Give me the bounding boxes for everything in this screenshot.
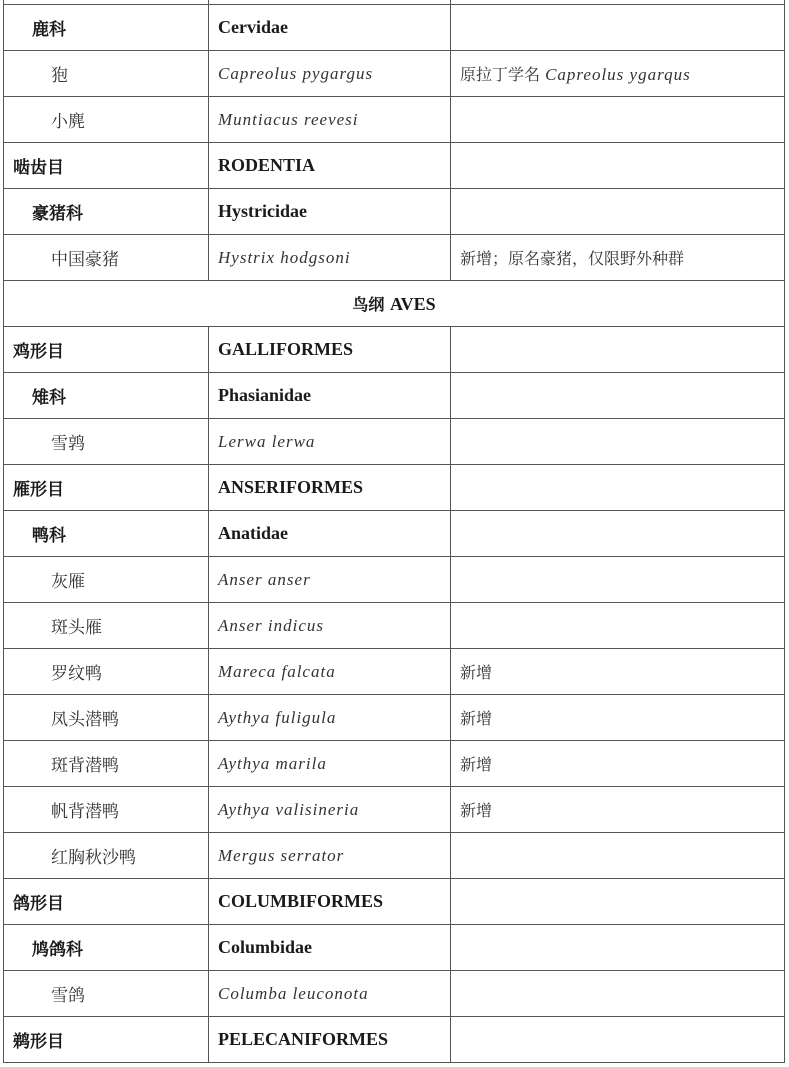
note-latin-name: Capreolus ygarqus — [545, 65, 691, 84]
note-cell — [451, 143, 785, 189]
chinese-name-cell: 帆背潜鸭 — [4, 787, 209, 833]
chinese-name-cell: 狍 — [4, 51, 209, 97]
scientific-name-cell: PELECANIFORMES — [209, 1017, 451, 1063]
table-row-order: 鸡形目 GALLIFORMES — [4, 327, 785, 373]
note-cell — [451, 97, 785, 143]
chinese-name-cell: 斑头雁 — [4, 603, 209, 649]
scientific-name-cell: Anatidae — [209, 511, 451, 557]
note-cell: 新增 — [451, 649, 785, 695]
scientific-name-cell: Aythya fuligula — [209, 695, 451, 741]
class-name-cn: 鸟纲 — [352, 295, 390, 314]
note-cell — [451, 189, 785, 235]
note-cell: 新增 — [451, 695, 785, 741]
chinese-name-cell: 雁形目 — [4, 465, 209, 511]
table-row-species: 斑背潜鸭 Aythya marila 新增 — [4, 741, 785, 787]
scientific-name-cell: Cervidae — [209, 5, 451, 51]
note-cell — [451, 971, 785, 1017]
scientific-name-cell: Mergus serrator — [209, 833, 451, 879]
chinese-name-cell: 雪鹑 — [4, 419, 209, 465]
note-cell — [451, 557, 785, 603]
table-row-order: 雁形目 ANSERIFORMES — [4, 465, 785, 511]
scientific-name-cell: Aythya valisineria — [209, 787, 451, 833]
note-cell — [451, 925, 785, 971]
table-row-family: 鸭科 Anatidae — [4, 511, 785, 557]
chinese-name-cell: 鹿科 — [4, 5, 209, 51]
species-name-cn: 中国豪猪 — [4, 250, 119, 270]
table-row-species: 帆背潜鸭 Aythya valisineria 新增 — [4, 787, 785, 833]
species-name-cn: 红胸秋沙鸭 — [4, 848, 136, 868]
order-name-cn: 鸽形目 — [4, 894, 64, 914]
chinese-name-cell: 雪鸽 — [4, 971, 209, 1017]
note-cell — [451, 1017, 785, 1063]
note-cell — [451, 373, 785, 419]
chinese-name-cell: 小麂 — [4, 97, 209, 143]
note-cell: 新增 — [451, 741, 785, 787]
species-name-cn: 灰雁 — [4, 572, 85, 592]
table-row-species: 雪鸽 Columba leuconota — [4, 971, 785, 1017]
chinese-name-cell: 鸡形目 — [4, 327, 209, 373]
table-row-species: 红胸秋沙鸭 Mergus serrator — [4, 833, 785, 879]
table-row-species: 斑头雁 Anser indicus — [4, 603, 785, 649]
species-name-cn: 雪鸽 — [4, 986, 85, 1006]
table-row-family: 鹿科 Cervidae — [4, 5, 785, 51]
chinese-name-cell: 鸽形目 — [4, 879, 209, 925]
scientific-name-cell: Hystrix hodgsoni — [209, 235, 451, 281]
chinese-name-cell: 鸭科 — [4, 511, 209, 557]
note-cell: 新增 — [451, 787, 785, 833]
scientific-name-cell: Muntiacus reevesi — [209, 97, 451, 143]
note-cell — [451, 5, 785, 51]
note-text: 原拉丁学名 — [460, 65, 545, 84]
order-name-cn: 啮齿目 — [4, 158, 64, 178]
note-cell — [451, 465, 785, 511]
scientific-name-cell: Anser indicus — [209, 603, 451, 649]
chinese-name-cell: 红胸秋沙鸭 — [4, 833, 209, 879]
table-row-species: 凤头潜鸭 Aythya fuligula 新增 — [4, 695, 785, 741]
scientific-name-cell: RODENTIA — [209, 143, 451, 189]
species-list-table: 鹿科 Cervidae 狍 Capreolus pygargus 原拉丁学名 C… — [3, 0, 785, 1063]
note-cell — [451, 327, 785, 373]
species-name-cn: 凤头潜鸭 — [4, 710, 119, 730]
table-row-species: 灰雁 Anser anser — [4, 557, 785, 603]
scientific-name-cell: Aythya marila — [209, 741, 451, 787]
scientific-name-cell: Columba leuconota — [209, 971, 451, 1017]
chinese-name-cell: 啮齿目 — [4, 143, 209, 189]
chinese-name-cell: 斑背潜鸭 — [4, 741, 209, 787]
note-cell — [451, 419, 785, 465]
species-name-cn: 斑头雁 — [4, 618, 102, 638]
table-row-class: 鸟纲 AVES — [4, 281, 785, 327]
note-cell — [451, 879, 785, 925]
family-name-cn: 鸭科 — [4, 526, 66, 546]
table-row-family: 雉科 Phasianidae — [4, 373, 785, 419]
note-cell — [451, 603, 785, 649]
scientific-name-cell: Anser anser — [209, 557, 451, 603]
species-name-cn: 雪鹑 — [4, 434, 85, 454]
table-row-order: 鸽形目 COLUMBIFORMES — [4, 879, 785, 925]
scientific-name-cell: GALLIFORMES — [209, 327, 451, 373]
species-name-cn: 罗纹鸭 — [4, 664, 102, 684]
scientific-name-cell: COLUMBIFORMES — [209, 879, 451, 925]
table-row-family: 豪猪科 Hystricidae — [4, 189, 785, 235]
family-name-cn: 鹿科 — [4, 20, 66, 40]
note-cell: 新增；原名豪猪，仅限野外种群 — [451, 235, 785, 281]
family-name-cn: 豪猪科 — [4, 204, 83, 224]
note-cell — [451, 833, 785, 879]
table-row-species: 雪鹑 Lerwa lerwa — [4, 419, 785, 465]
chinese-name-cell: 灰雁 — [4, 557, 209, 603]
chinese-name-cell: 中国豪猪 — [4, 235, 209, 281]
chinese-name-cell: 雉科 — [4, 373, 209, 419]
species-list-table-container: 鹿科 Cervidae 狍 Capreolus pygargus 原拉丁学名 C… — [3, 0, 784, 1063]
chinese-name-cell: 罗纹鸭 — [4, 649, 209, 695]
scientific-name-cell: Mareca falcata — [209, 649, 451, 695]
table-row-species: 小麂 Muntiacus reevesi — [4, 97, 785, 143]
scientific-name-cell: Phasianidae — [209, 373, 451, 419]
table-row-species: 狍 Capreolus pygargus 原拉丁学名 Capreolus yga… — [4, 51, 785, 97]
chinese-name-cell: 鹈形目 — [4, 1017, 209, 1063]
species-name-cn: 狍 — [4, 66, 68, 86]
table-row-species: 中国豪猪 Hystrix hodgsoni 新增；原名豪猪，仅限野外种群 — [4, 235, 785, 281]
species-name-cn: 斑背潜鸭 — [4, 756, 119, 776]
order-name-cn: 鹈形目 — [4, 1032, 64, 1052]
note-cell — [451, 511, 785, 557]
scientific-name-cell: ANSERIFORMES — [209, 465, 451, 511]
order-name-cn: 鸡形目 — [4, 342, 64, 362]
chinese-name-cell: 凤头潜鸭 — [4, 695, 209, 741]
scientific-name-cell: Hystricidae — [209, 189, 451, 235]
scientific-name-cell: Columbidae — [209, 925, 451, 971]
chinese-name-cell: 鸠鸽科 — [4, 925, 209, 971]
table-row-family: 鸠鸽科 Columbidae — [4, 925, 785, 971]
family-name-cn: 雉科 — [4, 388, 66, 408]
note-cell: 原拉丁学名 Capreolus ygarqus — [451, 51, 785, 97]
table-row-order: 鹈形目 PELECANIFORMES — [4, 1017, 785, 1063]
order-name-cn: 雁形目 — [4, 480, 64, 500]
scientific-name-cell: Capreolus pygargus — [209, 51, 451, 97]
family-name-cn: 鸠鸽科 — [4, 940, 83, 960]
species-name-cn: 小麂 — [4, 112, 85, 132]
class-header-cell: 鸟纲 AVES — [4, 281, 785, 327]
table-row-species: 罗纹鸭 Mareca falcata 新增 — [4, 649, 785, 695]
chinese-name-cell: 豪猪科 — [4, 189, 209, 235]
species-name-cn: 帆背潜鸭 — [4, 802, 119, 822]
class-name-latin: AVES — [390, 294, 436, 314]
scientific-name-cell: Lerwa lerwa — [209, 419, 451, 465]
table-row-order: 啮齿目 RODENTIA — [4, 143, 785, 189]
